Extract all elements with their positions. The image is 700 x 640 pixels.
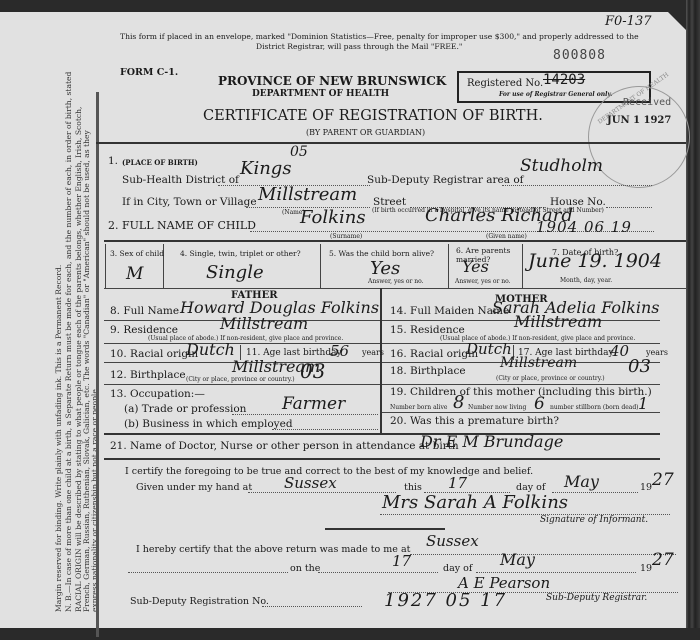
business-underline [272,429,378,430]
registrar-day-underline [318,572,438,573]
scan-top-border [0,0,700,12]
father-origin-value: Dutch [186,340,235,359]
registrar-year-suffix: 27 [652,550,674,570]
registrar-month-underline [476,572,636,573]
form-top-rule [96,142,686,144]
stillborn-count: 1 [638,394,648,413]
father-birthplace-note: (City or place, province or country.) [186,376,295,383]
registered-number-value: 14203 [543,72,585,88]
serial-number: 800808 [553,48,606,63]
father-age-value: 56 [330,342,349,360]
birth-certificate: Margin reserved for binding. Write plain… [0,12,686,628]
row3-divider-3 [448,244,449,288]
stamp-status: Received [623,97,671,108]
on-the-label: on the [290,563,320,574]
mail-notice-line1: This form if placed in an envelope, mark… [120,32,639,41]
given-under-hand-label: Given under my hand at [136,482,252,493]
father-birthplace-label: 12. Birthplace [110,369,186,381]
certificate-title: CERTIFICATE OF REGISTRATION OF BIRTH. [203,108,543,124]
given-name-note: (Given name) [486,233,527,240]
row3-border-left [105,244,106,288]
row3-divider-4 [522,244,523,288]
mother-residence-value: Millstream [514,312,602,331]
trade-value: Farmer [282,394,345,414]
certificate-divider [325,528,445,530]
registered-number-label: Registered No. [467,78,543,89]
surname-note: (Surname) [330,233,362,240]
row3-bottom-rule [104,288,686,289]
mother-birthplace-rule [382,384,660,385]
certificate-subtitle: (BY PARENT OR GUARDIAN) [306,128,425,137]
margin-rule [96,92,99,637]
mother-birthplace-label: 18. Birthplace [390,365,466,377]
informant-day-value: 17 [448,474,467,492]
premature-label: 20. Was this a premature birth? [390,415,559,427]
mother-birthplace-note: (City or place, province or country.) [496,375,605,382]
born-alive-value: Yes [370,258,400,279]
city-value: Millstream [258,184,357,205]
child-name-label: FULL NAME OF CHILD [122,219,256,232]
province-title: PROVINCE OF NEW BRUNSWICK [218,74,446,88]
margin-note-2: N. B.—In case of more than one child at … [64,72,73,612]
subdeputy-regno-label: Sub-Deputy Registration No. [130,596,269,607]
informant-place-underline [248,492,396,493]
stillborn-label: number stillborn (born dead) [550,404,639,411]
attendant-label: 21. Name of Doctor, Nurse or other perso… [110,440,459,452]
section1-number: 1. [108,155,118,167]
father-residence-note: (Usual place of abode.) If non-resident,… [148,335,343,342]
binding-margin: Margin reserved for binding. Write plain… [0,12,96,628]
received-stamp: DEPARTMENT OF HEALTH Received JUN 1 1927 [588,86,690,188]
father-name-label: 8. Full Name [110,305,179,317]
sex-value: M [126,264,143,284]
dob-value: June 19. 1904 [528,250,662,272]
parents-bottom-rule [104,433,660,435]
children-label: 19. Children of this mother (including t… [390,386,652,398]
mother-birthplace-value: Millstream [500,355,577,371]
city-label: If in City, Town or Village [122,196,257,208]
subdeputy-regno-value: 1927 05 17 [384,590,507,611]
informant-year-suffix: 27 [652,470,674,490]
section2-rule [104,240,686,242]
father-age-unit: years [362,348,384,357]
informant-year-prefix: 19 [640,482,652,493]
subdeputy-underline [502,185,652,186]
business-label: (b) Business in which employed [124,418,293,430]
scan-right-border [686,0,700,640]
informant-signature: Mrs Sarah A Folkins [382,492,568,513]
district-value: Kings [240,158,292,179]
registrar-year-prefix: 19 [640,563,652,574]
mother-origin-label: 16. Racial origin [390,348,478,360]
born-alive-note: Answer, yes or no. [368,278,424,285]
section2-number: 2. [108,219,119,232]
scan-bottom-border [0,628,700,640]
father-birthplace-code: 03 [300,359,325,383]
registered-number-note: For use of Registrar General only. [499,91,612,98]
parents-married-value: Yes [462,257,489,276]
plurality-label: 4. Single, twin, triplet or other? [180,249,301,258]
registrar-place-value: Sussex [426,532,479,550]
born-alive-label: 5. Was the child born alive? [329,249,434,258]
attendant-rule [104,458,660,460]
registrar-month-value: May [500,550,535,569]
mother-age-value: 40 [610,342,629,360]
margin-note-1: Margin reserved for binding. Write plain… [54,265,63,612]
registrar-signature-label: Sub-Deputy Registrar. [546,593,647,603]
trade-label: (a) Trade or profession [124,403,246,415]
registrar-statement: I hereby certify that the above return w… [136,544,410,555]
father-origin-label: 10. Racial origin [110,348,198,360]
subdeputy-area-label: Sub-Deputy Registrar area of [367,174,524,186]
born-alive-count-label: Number born alive [390,404,447,411]
now-living-count: 6 [534,394,545,414]
dob-note: Month, day, year. [560,277,612,284]
trade-underline [232,414,378,415]
informant-place-value: Sussex [284,474,337,492]
birth-date-code: 1904 06 19 [536,218,632,236]
file-reference: F0-137 [605,14,652,29]
now-living-label: Number now living [468,404,526,411]
attendant-value: Dr E M Brundage [420,432,563,451]
mother-birthplace-code: 03 [628,356,651,377]
occupation-label: 13. Occupation:— [110,388,205,400]
row3-divider-2 [320,244,321,288]
section1-heading: (PLACE OF BIRTH) [122,158,198,167]
subdeputy-regno-underline [262,606,362,607]
parents-married-note: Answer, yes or no. [455,278,511,285]
district-code: 05 [290,144,308,160]
registrar-day-value: 17 [392,552,411,570]
registrar-blank-underline [128,572,288,573]
born-alive-count: 8 [453,392,464,413]
stamp-date: JUN 1 1927 [607,115,671,126]
sex-label: 3. Sex of child [110,249,164,258]
form-id: FORM C-1. [120,67,178,78]
father-birthplace-rule [104,384,380,385]
children-rule [382,412,660,413]
informant-signature-label: Signature of Informant. [540,515,648,525]
department-title: DEPARTMENT OF HEALTH [252,89,389,99]
informant-month-value: May [564,472,599,491]
registrar-dayof-label: day of [443,563,472,574]
father-residence-value: Millstream [220,314,308,333]
child-surname: Folkins [300,207,366,228]
house-underline [606,207,652,208]
registrar-place-underline [410,554,676,555]
plurality-value: Single [206,262,264,283]
subdeputy-area-value: Studholm [520,156,603,176]
mail-notice-line2: District Registrar, will pass through th… [256,42,462,51]
